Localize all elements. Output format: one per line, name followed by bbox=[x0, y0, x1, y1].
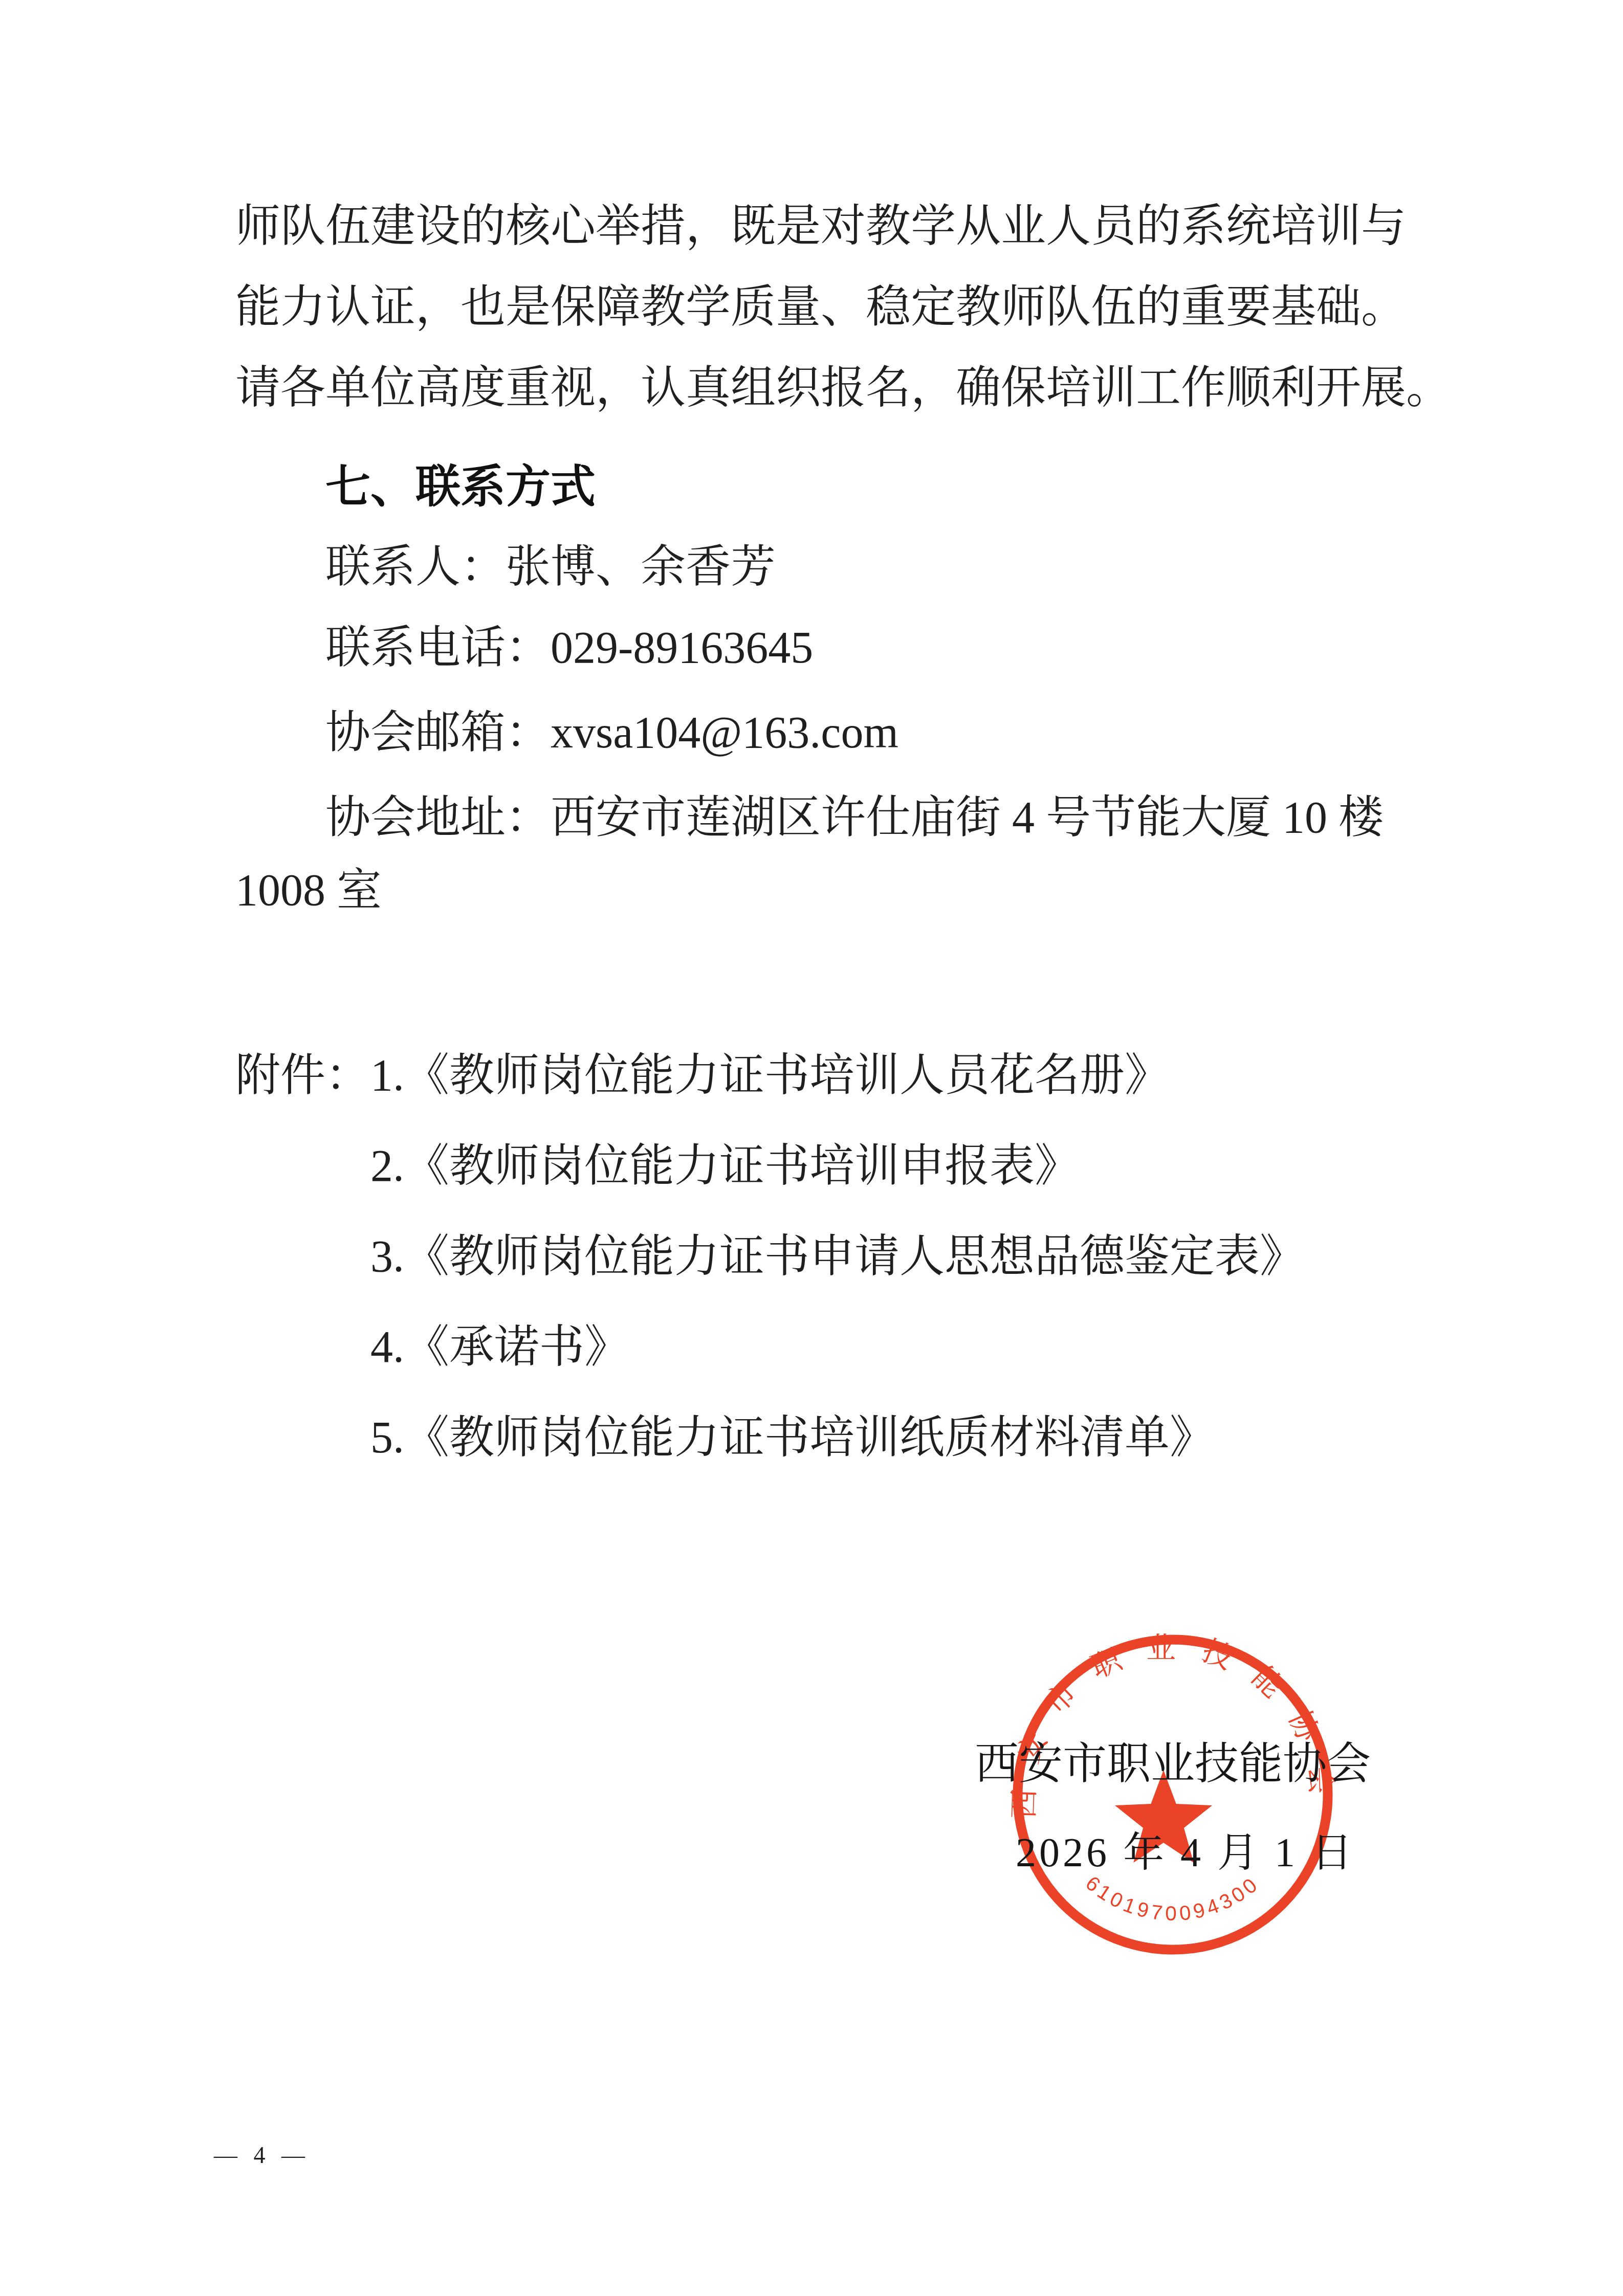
paragraph-line-2: 能力认证，也是保障教学质量、稳定教师队伍的重要基础。 bbox=[235, 281, 1406, 333]
official-seal: 西安市职业技能协会 6101970094300 bbox=[988, 1606, 1361, 1980]
contact-address-line: 协会地址：西安市莲湖区许仕庙街 4 号节能大厦 10 楼 bbox=[325, 792, 1384, 844]
paragraph-line-3: 请各单位高度重视，认真组织报名，确保培训工作顺利开展。 bbox=[235, 362, 1451, 414]
attachment-item-2: 2.《教师岗位能力证书培训申报表》 bbox=[370, 1140, 1080, 1192]
contact-email-line: 协会邮箱：xvsa104@163.com bbox=[325, 707, 898, 759]
attachment-item-1: 1.《教师岗位能力证书培训人员花名册》 bbox=[370, 1050, 1170, 1101]
contact-phone-line: 联系电话：029-89163645 bbox=[325, 622, 813, 674]
contact-address-continuation: 1008 室 bbox=[235, 865, 382, 916]
paragraph-line-1: 师队伍建设的核心举措，既是对教学从业人员的系统培训与 bbox=[235, 201, 1406, 252]
closing-date: 2026 年 4 月 1 日 bbox=[1016, 1819, 1355, 1878]
contact-person-line: 联系人：张博、余香芳 bbox=[325, 541, 776, 593]
seal-serial-number: 6101970094300 bbox=[1081, 1872, 1264, 1925]
attachments-label: 附件： bbox=[235, 1050, 370, 1101]
page-number: — 4 — bbox=[214, 2142, 310, 2169]
seal-serial-textpath: 6101970094300 bbox=[1081, 1872, 1264, 1925]
document-page: 师队伍建设的核心举措，既是对教学从业人员的系统培训与 能力认证，也是保障教学质量… bbox=[0, 0, 1623, 2296]
section-heading-contact: 七、联系方式 bbox=[325, 460, 596, 512]
closing-organization: 西安市职业技能协会 bbox=[975, 1728, 1371, 1792]
attachment-item-3: 3.《教师岗位能力证书申请人思想品德鉴定表》 bbox=[370, 1231, 1305, 1283]
attachment-item-5: 5.《教师岗位能力证书培训纸质材料清单》 bbox=[370, 1412, 1215, 1464]
attachment-item-4: 4.《承诺书》 bbox=[370, 1321, 629, 1373]
